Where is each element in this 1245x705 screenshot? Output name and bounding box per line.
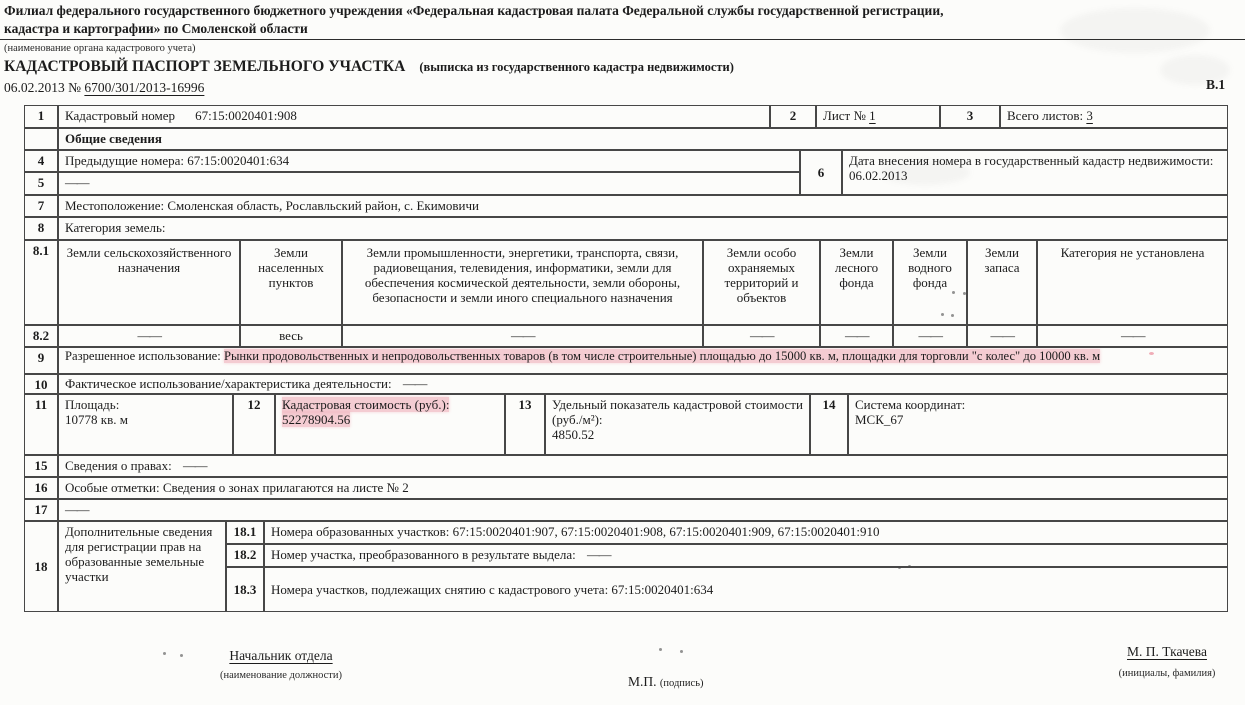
value-forest: —— bbox=[820, 325, 893, 347]
stamp-label: М.П. bbox=[628, 674, 657, 689]
row3-number: 3 bbox=[940, 105, 1000, 128]
area-label: Площадь: bbox=[65, 397, 226, 412]
scan-speck bbox=[659, 648, 662, 651]
dash-value: —— bbox=[183, 458, 206, 473]
row18-number: 18 bbox=[24, 521, 58, 612]
dash-value: —— bbox=[991, 328, 1014, 343]
empty-number-cell bbox=[24, 128, 58, 150]
org-caption: (наименование органа кадастрового учета) bbox=[4, 43, 196, 54]
general-info-header: Общие сведения bbox=[58, 128, 1228, 150]
category-not-set: Категория не установлена bbox=[1037, 240, 1228, 325]
dash-value: —— bbox=[511, 328, 534, 343]
dash-value: —— bbox=[138, 328, 161, 343]
row13-number: 13 bbox=[505, 394, 545, 455]
value-industry: —— bbox=[342, 325, 703, 347]
document-title-note: (выписка из государственного кадастра не… bbox=[419, 60, 734, 74]
row11-number: 11 bbox=[24, 394, 58, 455]
permitted-use-highlighted: Рынки продовольственных и непродовольств… bbox=[224, 349, 1100, 363]
dash-value: —— bbox=[845, 328, 868, 343]
stamp-caption: (подпись) bbox=[660, 678, 704, 689]
row17-number: 17 bbox=[24, 499, 58, 521]
dash-value: —— bbox=[919, 328, 942, 343]
org-name-line1: Филиал федерального государственного бюд… bbox=[4, 3, 944, 19]
location-cell: Местоположение: Смоленская область, Росл… bbox=[58, 195, 1228, 217]
transformed-parcel-cell: Номер участка, преобразованного в резуль… bbox=[264, 544, 1228, 567]
actual-use-label: Фактическое использование/характеристика… bbox=[65, 376, 392, 391]
position-name: Начальник отдела bbox=[200, 648, 362, 664]
value-settlements: весь bbox=[240, 325, 342, 347]
row7-number: 7 bbox=[24, 195, 58, 217]
dash-value: —— bbox=[587, 547, 610, 562]
value-protected: —— bbox=[703, 325, 820, 347]
row14-number: 14 bbox=[810, 394, 848, 455]
row8-2-number: 8.2 bbox=[24, 325, 58, 347]
row18-2-number: 18.2 bbox=[226, 544, 264, 567]
row10-number: 10 bbox=[24, 374, 58, 394]
category-settlements: Земли населенных пунктов bbox=[240, 240, 342, 325]
coordinate-system-cell: Система координат: МСК_67 bbox=[848, 394, 1228, 455]
area-value: 10778 кв. м bbox=[65, 412, 226, 427]
dash-value: —— bbox=[750, 328, 773, 343]
sheet-label: Лист № bbox=[823, 108, 866, 123]
total-sheets-value: 3 bbox=[1086, 108, 1093, 123]
row18-1-number: 18.1 bbox=[226, 521, 264, 544]
cadastral-number-cell: Кадастровый номер67:15:0020401:908 bbox=[58, 105, 770, 128]
form-code: В.1 bbox=[1206, 77, 1225, 93]
org-name-line2: кадастра и картографии» по Смоленской об… bbox=[4, 21, 308, 37]
rights-cell: Сведения о правах: —— bbox=[58, 455, 1228, 477]
area-cell: Площадь: 10778 кв. м bbox=[58, 394, 233, 455]
row1-number: 1 bbox=[24, 105, 58, 128]
additional-info-label: Дополнительные сведения для регистрации … bbox=[58, 521, 226, 612]
category-water: Земли водного фонда bbox=[893, 240, 967, 325]
cadastral-value-amount: 52278904.56 bbox=[282, 412, 350, 427]
cadastral-value-label: Кадастровая стоимость (руб.): bbox=[282, 397, 449, 412]
permitted-use-label: Разрешенное использование: bbox=[65, 349, 221, 363]
coordinate-system-value: МСК_67 bbox=[855, 412, 1221, 427]
total-sheets-label: Всего листов: bbox=[1007, 108, 1083, 123]
row17-cell: —— bbox=[58, 499, 1228, 521]
scan-speck bbox=[180, 654, 183, 657]
specific-value-cell: Удельный показатель кадастровой стоимост… bbox=[545, 394, 810, 455]
row12-number: 12 bbox=[233, 394, 275, 455]
category-protected: Земли особо охраняемых территорий и объе… bbox=[703, 240, 820, 325]
sheet-cell: Лист № 1 bbox=[816, 105, 940, 128]
cadastral-number-value: 67:15:0020401:908 bbox=[195, 108, 297, 123]
signer-caption: (инициалы, фамилия) bbox=[1100, 668, 1234, 679]
permitted-use-cell: Разрешенное использование: Рынки продово… bbox=[58, 347, 1228, 374]
value-agricultural: —— bbox=[58, 325, 240, 347]
dash-value: —— bbox=[403, 376, 426, 391]
value-reserve: —— bbox=[967, 325, 1037, 347]
row16-number: 16 bbox=[24, 477, 58, 499]
dash-value: —— bbox=[65, 502, 88, 517]
position-caption: (наименование должности) bbox=[190, 670, 372, 681]
actual-use-cell: Фактическое использование/характеристика… bbox=[58, 374, 1228, 394]
value-water: —— bbox=[893, 325, 967, 347]
special-notes-cell: Особые отметки: Сведения о зонах прилага… bbox=[58, 477, 1228, 499]
document-title: КАДАСТРОВЫЙ ПАСПОРТ ЗЕМЕЛЬНОГО УЧАСТКА bbox=[4, 58, 405, 75]
transformed-parcel-label: Номер участка, преобразованного в резуль… bbox=[271, 547, 576, 562]
header-rule bbox=[0, 39, 1245, 40]
rights-label: Сведения о правах: bbox=[65, 458, 172, 473]
row18-3-number: 18.3 bbox=[226, 567, 264, 612]
row6-number: 6 bbox=[800, 150, 842, 195]
specific-value-label: Удельный показатель кадастровой стоимост… bbox=[552, 397, 803, 427]
row9-number: 9 bbox=[24, 347, 58, 374]
document-number: 6700/301/2013-16996 bbox=[84, 80, 204, 95]
cadastral-passport-scan: Филиал федерального государственного бюд… bbox=[0, 0, 1245, 705]
removed-parcels-cell: Номера участков, подлежащих снятию с кад… bbox=[264, 567, 1228, 612]
dash-value: —— bbox=[1121, 328, 1144, 343]
document-date: 06.02.2013 № bbox=[4, 80, 81, 95]
category-industry: Земли промышленности, энергетики, трансп… bbox=[342, 240, 703, 325]
row15-number: 15 bbox=[24, 455, 58, 477]
specific-value-amount: 4850.52 bbox=[552, 427, 803, 442]
scan-speck bbox=[680, 650, 683, 653]
total-sheets-cell: Всего листов: 3 bbox=[1000, 105, 1228, 128]
row2-number: 2 bbox=[770, 105, 816, 128]
sheet-value: 1 bbox=[869, 108, 876, 123]
coordinate-system-label: Система координат: bbox=[855, 397, 1221, 412]
signer-name: М. П. Ткачева bbox=[1108, 644, 1226, 660]
date-entered-cell: Дата внесения номера в государственный к… bbox=[842, 150, 1228, 195]
row8-number: 8 bbox=[24, 217, 58, 240]
cadastral-number-label: Кадастровый номер bbox=[65, 108, 175, 123]
category-reserve: Земли запаса bbox=[967, 240, 1037, 325]
category-forest: Земли лесного фонда bbox=[820, 240, 893, 325]
category-agricultural: Земли сельскохозяйственного назначения bbox=[58, 240, 240, 325]
scan-speck bbox=[163, 652, 166, 655]
scan-smudge bbox=[1060, 8, 1210, 53]
row4-number: 4 bbox=[24, 150, 58, 172]
cadastral-value-cell: Кадастровая стоимость (руб.): 52278904.5… bbox=[275, 394, 505, 455]
row8-1-number: 8.1 bbox=[24, 240, 58, 325]
land-category-cell: Категория земель: bbox=[58, 217, 1228, 240]
formed-parcels-cell: Номера образованных участков: 67:15:0020… bbox=[264, 521, 1228, 544]
row5-number: 5 bbox=[24, 172, 58, 195]
previous-numbers-cell: Предыдущие номера: 67:15:0020401:634 bbox=[58, 150, 800, 172]
row5-cell: —— bbox=[58, 172, 800, 195]
value-not-set: —— bbox=[1037, 325, 1228, 347]
empty-dash: —— bbox=[65, 175, 88, 190]
vesь-value: весь bbox=[279, 328, 303, 343]
